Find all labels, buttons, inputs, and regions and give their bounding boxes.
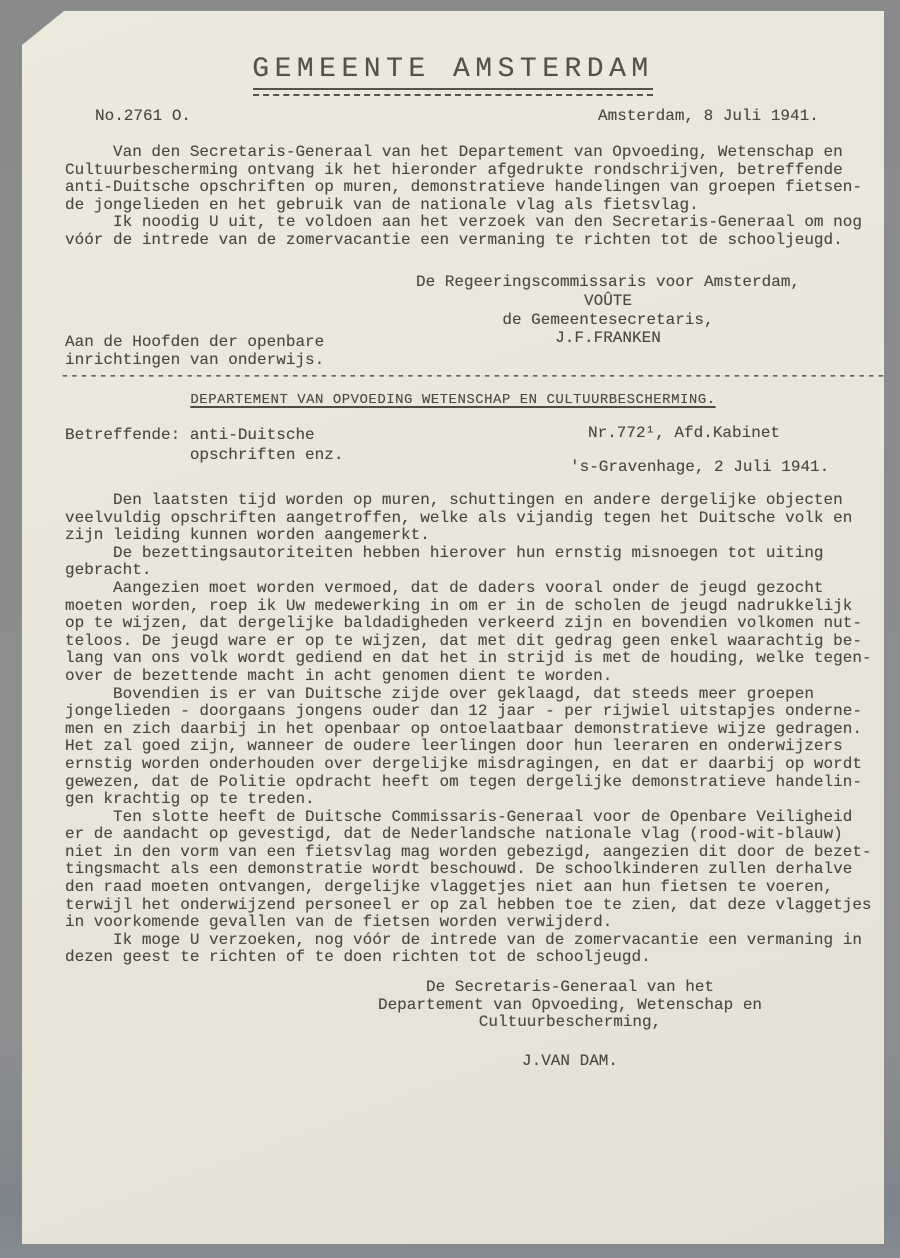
place-and-date: Amsterdam, 8 Juli 1941. (598, 108, 819, 126)
circular-paragraph: De bezettingsautoriteiten hebben hierove… (65, 545, 883, 580)
document-paper: GEMEENTE AMSTERDAM No.2761 O. Amsterdam,… (22, 11, 884, 1244)
circular-paragraph: Den laatsten tijd worden op muren, schut… (65, 492, 883, 545)
page-title: GEMEENTE AMSTERDAM (252, 55, 653, 85)
circular-subject: Betreffende: anti-Duitsche opschriften e… (65, 425, 343, 465)
signature-role: De Regeeringscommissaris voor Amsterdam, (408, 273, 808, 292)
circular-body: Den laatsten tijd worden op muren, schut… (65, 492, 883, 967)
signature-role-secretary: de Gemeentesecretaris, (408, 311, 808, 330)
scanned-document-photo: { "header": { "title": "GEMEENTE AMSTERD… (0, 0, 900, 1258)
cover-letter-signature-block: De Regeeringscommissaris voor Amsterdam,… (408, 273, 808, 348)
addressee: Aan de Hoofden der openbare inrichtingen… (65, 334, 324, 369)
signature-name-franken: J.F.FRANKEN (408, 329, 808, 348)
reference-number: No.2761 O. (95, 108, 191, 126)
dashed-divider: ----------------------------------------… (60, 368, 886, 386)
closing-role: De Secretaris-Generaal van het (370, 979, 770, 997)
letterhead: GEMEENTE AMSTERDAM (22, 55, 884, 96)
circular-paragraph: Aangezien moet worden vermoed, dat de da… (65, 580, 883, 686)
cover-letter-body: Van den Secretaris-Generaal van het Depa… (65, 144, 883, 250)
closing-department: Departement van Opvoeding, Wetenschap en (370, 997, 770, 1015)
signature-name-voute: VOÛTE (408, 292, 808, 311)
closing-department-2: Cultuurbescherming, (370, 1014, 770, 1032)
circular-place-and-date: 's-Gravenhage, 2 Juli 1941. (570, 459, 829, 477)
circular-heading: DEPARTEMENT VAN OPVOEDING WETENSCHAP EN … (22, 392, 884, 410)
circular-closing-block: De Secretaris-Generaal van het Departeme… (370, 979, 770, 1070)
closing-name-van-dam: J.VAN DAM. (370, 1053, 770, 1071)
title-underline (253, 88, 653, 96)
circular-paragraph: Ten slotte heeft de Duitsche Commissaris… (65, 809, 883, 932)
circular-reference-number: Nr.772¹, Afd.Kabinet (588, 425, 780, 443)
circular-paragraph: Bovendien is er van Duitsche zijde over … (65, 686, 883, 809)
circular-paragraph: Ik moge U verzoeken, nog vóór de intrede… (65, 932, 883, 967)
